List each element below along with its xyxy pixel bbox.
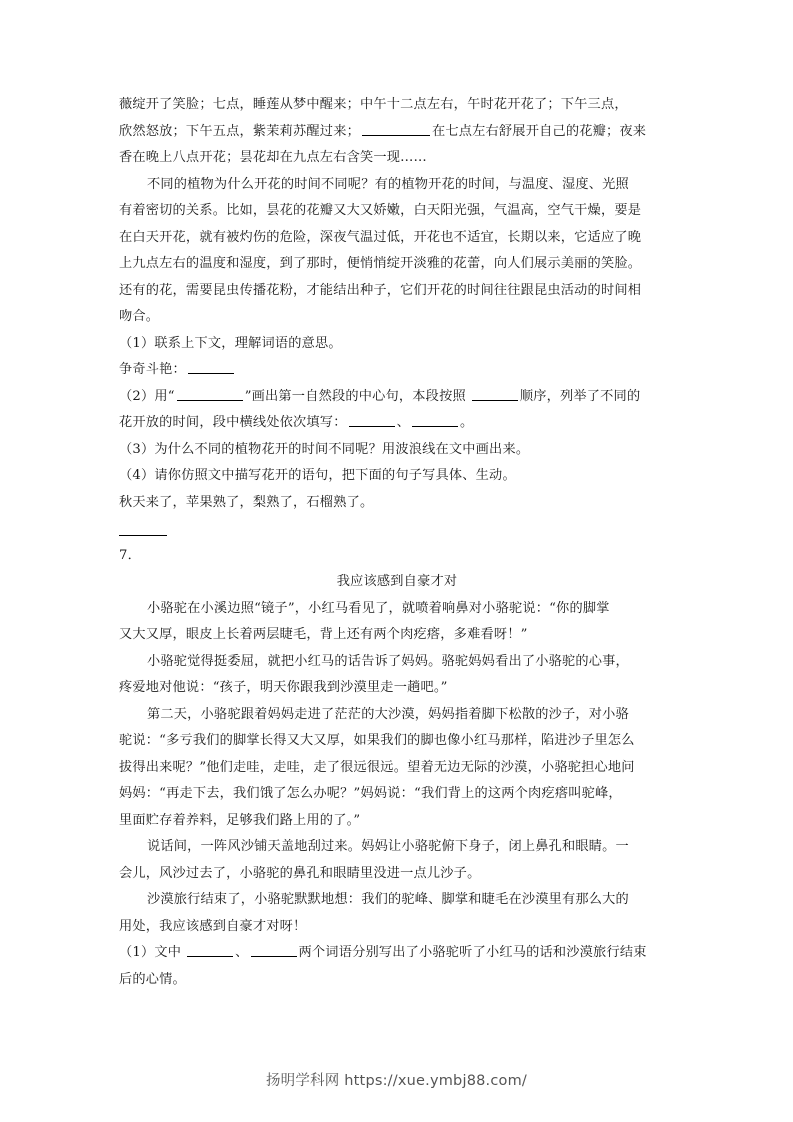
question-2: （2）用“”画出第一自然段的中心句，本段按照顺序，列举了不同的 [119,384,675,411]
answer-blank[interactable] [188,358,234,374]
text: 不同的植物为什么开花的时间不同呢？有的植物开花的时间，与温度、湿度、光照 [147,177,629,192]
passage-line: 小骆驼觉得挺委屈，就把小红马的话告诉了妈妈。骆驼妈妈看出了小骆驼的心事， [119,649,675,676]
text: 薇绽开了笑脸；七点，睡莲从梦中醒来；中午十二点左右，午时花开花了；下午三点， [119,97,628,112]
text: 在白天开花，就有被灼伤的危险，深夜气温过低，开花也不适宜，长期以来，它适应了晚 [119,230,641,245]
footer-text: 扬明学科网 https://xue.ymbj88.com/ [266,1073,527,1089]
text: 沙漠旅行结束了，小骆驼默默地想：我们的驼峰、脚掌和睫毛在沙漠里有那么大的 [147,892,629,907]
document-page: 薇绽开了笑脸；七点，睡莲从梦中醒来；中午十二点左右，午时花开花了；下午三点， 欣… [119,92,675,993]
answer-blank[interactable] [177,385,243,401]
text: 在七点左右舒展开自己的花瓣；夜来 [432,124,646,139]
text: 吻合。 [119,309,159,324]
question-3: （3）为什么不同的植物花开的时间不同呢？用波浪线在文中画出来。 [119,437,675,464]
answer-blank[interactable] [119,520,167,536]
text: 第二天，小骆驼跟着妈妈走进了茫茫的大沙漠，妈妈指着脚下松散的沙子，对小骆 [147,707,629,722]
text: 拔得出来呢？”他们走哇，走哇，走了很远很远。望着无边无际的沙漠，小骆驼担心地问 [119,760,635,775]
question-text: （3）为什么不同的植物花开的时间不同呢？用波浪线在文中画出来。 [119,442,529,457]
text: 小骆驼觉得挺委屈，就把小红马的话告诉了妈妈。骆驼妈妈看出了小骆驼的心事， [147,654,629,669]
passage-line: 又大又厚，眼皮上长着两层睫毛，背上还有两个肉疙瘩，多难看呀！” [119,622,675,649]
question-text: （2）用“ [119,389,175,404]
passage-line: 有着密切的关系。比如，昙花的花瓣又大又娇嫩，白天阳光强，气温高，空气干燥，要是 [119,198,675,225]
text: 妈妈：“再走下去，我们饿了怎么办呢？”妈妈说：“我们背上的这两个肉疙瘩叫驼峰， [119,786,622,801]
question-text: 花开放的时间，段中横线处依次填写： [119,415,347,430]
separator: 、 [397,415,410,430]
passage-line: 吻合。 [119,304,675,331]
passage-line: 沙漠旅行结束了，小骆驼默默地想：我们的驼峰、脚掌和睫毛在沙漠里有那么大的 [119,887,675,914]
word-label: 争奇斗艳： [119,362,186,377]
passage-line: 用处，我应该感到自豪才对呀！ [119,914,675,941]
number-text: 7． [119,548,141,563]
passage-line: 拔得出来呢？”他们走哇，走哇，走了很远很远。望着无边无际的沙漠，小骆驼担心地问 [119,755,675,782]
passage-line: 驼说：“多亏我们的脚掌长得又大又厚，如果我们的脚也像小红马那样，陷进沙子里怎么 [119,728,675,755]
question-text: （1）联系上下文，理解词语的意思。 [119,336,342,351]
text: 还有的花，需要昆虫传播花粉，才能结出种子，它们开花的时间往往跟昆虫活动的时间相 [119,283,641,298]
passage-title: 我应该感到自豪才对 [119,569,675,596]
answer-blank[interactable] [187,941,233,957]
footer-watermark: 扬明学科网 https://xue.ymbj88.com/ [0,1069,793,1090]
passage-line: 会儿，风沙过去了，小骆驼的鼻孔和眼睛里没进一点儿沙子。 [119,861,675,888]
question-text: 两个词语分别写出了小骆驼听了小红马的话和沙漠旅行结束 [299,945,647,960]
text: 上九点左右的温度和湿度，到了那时，便悄悄绽开淡雅的花蕾，向人们展示美丽的笑脸。 [119,256,641,271]
text: 小骆驼在小溪边照“镜子”，小红马看见了，就喷着响鼻对小骆驼说：“你的脚掌 [147,601,610,616]
fill-blank[interactable] [362,120,430,136]
passage-line: 还有的花，需要昆虫传播花粉，才能结出种子，它们开花的时间往往跟昆虫活动的时间相 [119,278,675,305]
text: 会儿，风沙过去了，小骆驼的鼻孔和眼睛里没进一点儿沙子。 [119,866,480,881]
text: 用处，我应该感到自豪才对呀！ [119,919,306,934]
text: 疼爱地对他说：“孩子，明天你跟我到沙漠里走一趟吧。” [119,680,448,695]
question-text: ”画出第一自然段的中心句，本段按照 [245,389,466,404]
question-text: （4）请你仿照文中描写花开的语句，把下面的句子写具体、生动。 [119,468,516,483]
punctuation: 。 [460,415,473,430]
question-4: （4）请你仿照文中描写花开的语句，把下面的句子写具体、生动。 [119,463,675,490]
answer-blank[interactable] [412,411,458,427]
question-number: 7． [119,543,675,570]
question-2-cont: 花开放的时间，段中横线处依次填写：、。 [119,410,675,437]
passage-line: 薇绽开了笑脸；七点，睡莲从梦中醒来；中午十二点左右，午时花开花了；下午三点， [119,92,675,119]
sentence-text: 秋天来了，苹果熟了，梨熟了，石榴熟了。 [119,495,373,510]
text: 香在晚上八点开花；昙花却在九点左右含笑一现…… [119,150,427,165]
question-text: （1）文中 [119,945,181,960]
text: 说话间，一阵风沙铺天盖地刮过来。妈妈让小骆驼俯下身子，闭上鼻孔和眼睛。一 [147,839,629,854]
question-4-sentence: 秋天来了，苹果熟了，梨熟了，石榴熟了。 [119,490,675,517]
text: 驼说：“多亏我们的脚掌长得又大又厚，如果我们的脚也像小红马那样，陷进沙子里怎么 [119,733,635,748]
question-1: （1）文中、两个词语分别写出了小骆驼听了小红马的话和沙漠旅行结束 [119,940,675,967]
answer-blank[interactable] [349,411,395,427]
question-1-cont: 后的心情。 [119,967,675,994]
passage-line: 疼爱地对他说：“孩子，明天你跟我到沙漠里走一趟吧。” [119,675,675,702]
passage-line: 妈妈：“再走下去，我们饿了怎么办呢？”妈妈说：“我们背上的这两个肉疙瘩叫驼峰， [119,781,675,808]
text: 又大又厚，眼皮上长着两层睫毛，背上还有两个肉疙瘩，多难看呀！” [119,627,528,642]
question-text: 后的心情。 [119,972,186,987]
question-1-word: 争奇斗艳： [119,357,675,384]
passage-line: 小骆驼在小溪边照“镜子”，小红马看见了，就喷着响鼻对小骆驼说：“你的脚掌 [119,596,675,623]
passage-line: 香在晚上八点开花；昙花却在九点左右含笑一现…… [119,145,675,172]
text: 欣然怒放；下午五点，紫茉莉苏醒过来； [119,124,360,139]
passage-line: 上九点左右的温度和湿度，到了那时，便悄悄绽开淡雅的花蕾，向人们展示美丽的笑脸。 [119,251,675,278]
answer-line [119,516,675,543]
passage-line: 不同的植物为什么开花的时间不同呢？有的植物开花的时间，与温度、湿度、光照 [119,172,675,199]
separator: 、 [235,945,248,960]
text: 有着密切的关系。比如，昙花的花瓣又大又娇嫩，白天阳光强，气温高，空气干燥，要是 [119,203,641,218]
passage-line: 里面贮存着养料，足够我们路上用的了。” [119,808,675,835]
passage-line: 在白天开花，就有被灼伤的危险，深夜气温过低，开花也不适宜，长期以来，它适应了晚 [119,225,675,252]
title-text: 我应该感到自豪才对 [337,574,458,589]
question-text: 顺序，列举了不同的 [520,389,641,404]
answer-blank[interactable] [251,941,297,957]
passage-line: 说话间，一阵风沙铺天盖地刮过来。妈妈让小骆驼俯下身子，闭上鼻孔和眼睛。一 [119,834,675,861]
text: 里面贮存着养料，足够我们路上用的了。” [119,813,360,828]
passage-line: 欣然怒放；下午五点，紫茉莉苏醒过来；在七点左右舒展开自己的花瓣；夜来 [119,119,675,146]
answer-blank[interactable] [472,385,518,401]
question-1: （1）联系上下文，理解词语的意思。 [119,331,675,358]
passage-line: 第二天，小骆驼跟着妈妈走进了茫茫的大沙漠，妈妈指着脚下松散的沙子，对小骆 [119,702,675,729]
